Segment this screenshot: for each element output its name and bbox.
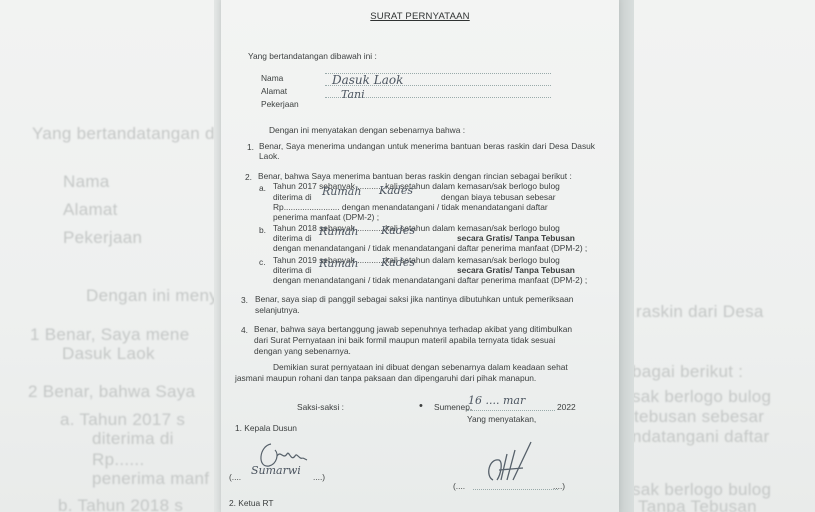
subitem-b-line1: Tahun 2018 sebanyak ............kali set… bbox=[273, 223, 560, 233]
subitem-b-line3: dengan menandatangani / tidak menandatan… bbox=[273, 243, 587, 253]
subitem-a-line3: Rp........................ dengan menand… bbox=[273, 202, 548, 212]
item-3-line1: Benar, saya siap di panggil sebagai saks… bbox=[255, 294, 573, 304]
bg-line: sak berlogo bulog bbox=[632, 387, 771, 407]
bg-line: Pekerjaan bbox=[63, 228, 142, 248]
subitem-letter: b. bbox=[259, 225, 266, 235]
bg-line: bagai berikut : bbox=[632, 362, 743, 382]
item-2-text: Benar, bahwa Saya menerima bantuan beras… bbox=[258, 171, 572, 181]
background-right-text: raskin dari Desa bagai berikut : sak ber… bbox=[630, 0, 815, 512]
background-left-text: Yang bertandatangan d Nama Alamat Pekerj… bbox=[0, 0, 222, 512]
declarant-paren-open: (.... bbox=[453, 481, 465, 491]
bg-line: Dasuk Laok bbox=[62, 344, 155, 364]
bg-line: ndatangani daftar bbox=[632, 427, 769, 447]
declarant-paren-close: ....) bbox=[553, 481, 565, 491]
document-page: SURAT PERNYATAAN Yang bertandatangan dib… bbox=[221, 0, 619, 512]
subitem-b-place: Rumah bbox=[319, 227, 358, 237]
bg-line: Alamat bbox=[63, 200, 118, 220]
declarant-name-line bbox=[473, 489, 558, 490]
bg-line: penerima manf bbox=[92, 469, 209, 489]
date-line bbox=[467, 410, 555, 411]
bullet: • bbox=[419, 401, 423, 411]
declarant-signature-icon bbox=[479, 440, 539, 490]
subitem-a-who: Kades bbox=[379, 186, 413, 196]
witness1-name: Sumarwi bbox=[251, 466, 301, 476]
declarant-label: Yang menyatakan, bbox=[467, 414, 536, 424]
subitem-letter: a. bbox=[259, 183, 266, 193]
subitem-c-who: Kades bbox=[381, 258, 415, 268]
item-3-line2: selanjutnya. bbox=[255, 305, 300, 315]
subitem-b-line2b: secara Gratis/ Tanpa Tebusan bbox=[457, 233, 575, 243]
witness1-paren-open: (.... bbox=[229, 472, 241, 482]
field-label-nama: Nama bbox=[261, 73, 283, 83]
item-1-text: Benar, Saya menerima undangan untuk mene… bbox=[259, 141, 595, 162]
subitem-b-line2a: diterima di bbox=[273, 233, 312, 243]
subitem-c-line3: dengan menandatangani / tidak menandatan… bbox=[273, 275, 587, 285]
bg-line: Dengan ini meny bbox=[86, 286, 218, 306]
intro-text: Yang bertandatangan dibawah ini : bbox=[248, 51, 377, 61]
bg-line: a. Tahun 2017 s bbox=[60, 410, 185, 430]
item-4-line1: Benar, bahwa saya bertanggung jawab sepe… bbox=[254, 324, 572, 334]
item-number: 3. bbox=[241, 295, 248, 305]
closing-line1: Demikian surat pernyataan ini dibuat den… bbox=[273, 362, 568, 372]
subitem-a-line2a: diterima di bbox=[273, 192, 312, 202]
subitem-a-line2b: dengan biaya tebusan sebesar bbox=[441, 192, 556, 202]
field-label-pekerjaan: Pekerjaan bbox=[261, 99, 299, 109]
document-title: SURAT PERNYATAAN bbox=[221, 12, 619, 22]
paper-edge-shadow-right bbox=[618, 0, 634, 512]
bg-line: Rp...... bbox=[92, 450, 144, 470]
bg-line: tebusan sebesar bbox=[634, 407, 764, 427]
bg-line: 2 Benar, bahwa Saya bbox=[28, 382, 195, 402]
subitem-b-who: Kades bbox=[381, 226, 415, 236]
bg-line: Nama bbox=[63, 172, 110, 192]
date-handwritten: 16 .... mar bbox=[468, 396, 525, 406]
subitem-c-line2b: secara Gratis/ Tanpa Tebusan bbox=[457, 265, 575, 275]
bg-line: b. Tahun 2018 s bbox=[58, 496, 183, 512]
subitem-c-place: Rumah bbox=[319, 259, 358, 269]
subitem-a-place: Rumah bbox=[322, 187, 361, 197]
item-number: 1. bbox=[247, 142, 254, 152]
witnesses-label: Saksi-saksi : bbox=[297, 402, 344, 412]
subitem-c-line2a: diterima di bbox=[273, 265, 312, 275]
bg-line: raskin dari Desa bbox=[636, 302, 764, 322]
subitem-c-line1: Tahun 2019 sebanyak ............kali set… bbox=[273, 255, 560, 265]
field-value-pekerjaan: Tani bbox=[341, 90, 365, 100]
year-text: 2022 bbox=[557, 402, 576, 412]
field-label-alamat: Alamat bbox=[261, 86, 287, 96]
bg-line: Tanpa Tebusan bbox=[638, 497, 757, 512]
bg-line: 1 Benar, Saya mene bbox=[30, 325, 189, 345]
subitem-a-line4: penerima manfaat (DPM-2) ; bbox=[273, 212, 379, 222]
item-number: 4. bbox=[241, 325, 248, 335]
witness2-role: 2. Ketua RT bbox=[229, 498, 274, 508]
subitem-letter: c. bbox=[259, 257, 266, 267]
item-4-line3: dengan yang sebenarnya. bbox=[254, 346, 351, 356]
subitem-a-line1: Tahun 2017 sebanyak ............kali set… bbox=[273, 181, 560, 191]
item-4-line2: dari Surat Pernyataan ini baik formil ma… bbox=[254, 335, 555, 345]
witness1-paren-close: ....) bbox=[313, 472, 325, 482]
closing-line2: jasmani maupun rohani dan tanpa paksaan … bbox=[235, 373, 536, 383]
bg-line: Yang bertandatangan d bbox=[32, 124, 215, 144]
witness1-role: 1. Kepala Dusun bbox=[235, 423, 297, 433]
field-value-alamat: Dasuk Laok bbox=[332, 75, 403, 85]
item-number: 2. bbox=[245, 172, 252, 182]
bg-line: diterima di bbox=[92, 429, 174, 449]
statement-intro: Dengan ini menyatakan dengan sebenarnya … bbox=[269, 125, 465, 135]
